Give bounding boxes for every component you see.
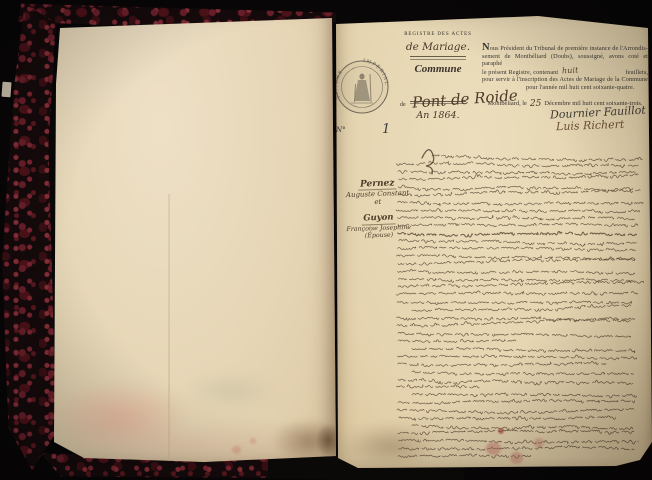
manuscript-line — [398, 257, 635, 265]
manuscript-line — [398, 378, 633, 385]
manuscript-line — [398, 339, 516, 342]
act-number-label: N° — [336, 126, 346, 134]
manuscript-line — [399, 239, 637, 246]
stain-pink-dot — [250, 438, 256, 444]
manuscript-line — [398, 361, 606, 366]
manuscript-line — [412, 305, 631, 312]
manuscript-line — [432, 155, 642, 162]
manuscript-line — [396, 385, 479, 388]
stain-grey-smudge — [182, 370, 278, 412]
manuscript-line — [398, 454, 531, 458]
feuillets-count-handwritten: huit — [562, 66, 579, 74]
printed-line-3-after: feuillets, — [626, 69, 648, 77]
header-right-column: Nous Président du Tribunal de première i… — [482, 44, 648, 108]
manuscript-line — [398, 231, 637, 237]
divider-rule — [410, 56, 466, 60]
spine-label-sticker — [1, 82, 11, 98]
manuscript-act-body — [394, 146, 646, 468]
manuscript-line — [398, 185, 632, 191]
right-page-act: REGISTRE DES ACTES de Mariage. Commune A… — [328, 14, 652, 472]
second-signature: Luis Richert — [556, 118, 625, 133]
year-handwritten: An 1864. — [390, 110, 486, 121]
manuscript-line — [399, 174, 638, 180]
manuscript-line — [397, 408, 634, 414]
manuscript-line — [412, 347, 635, 353]
printed-line-4: pour servir à l'inscription des Actes de… — [482, 76, 648, 84]
manuscript-line — [412, 371, 633, 376]
left-page-blank — [44, 14, 336, 464]
marbled-cover-left-edge — [2, 4, 56, 470]
manuscript-line — [397, 161, 639, 168]
manuscript-line — [398, 215, 635, 220]
register-scan: REGISTRE DES ACTES de Mariage. Commune A… — [0, 0, 652, 480]
timbre-imperial-stamp: TIMBRE IMPÉRIAL — [332, 56, 392, 118]
manuscript-line — [398, 269, 635, 275]
manuscript-line — [398, 201, 644, 206]
act-number: 1 — [382, 122, 390, 137]
manuscript-line — [399, 416, 616, 421]
manuscript-line — [399, 446, 635, 451]
manuscript-line — [422, 150, 434, 174]
commune-prefix: de — [400, 102, 406, 108]
manuscript-line — [398, 223, 638, 227]
manuscript-line — [398, 429, 634, 435]
manuscript-line — [412, 425, 633, 430]
date-day-handwritten: 25 — [530, 99, 541, 109]
manuscript-line — [398, 355, 637, 360]
manuscript-line — [399, 190, 640, 197]
manuscript-line — [398, 399, 635, 404]
printed-line-5: pour l'année mil huit cent soixante-quat… — [482, 84, 648, 92]
manuscript-line — [412, 393, 637, 398]
date-prefix: Montbéliard, le — [488, 100, 527, 107]
stain-pink-dot — [232, 446, 241, 454]
register-title: REGISTRE DES ACTES — [390, 32, 486, 37]
commune-label: Commune — [390, 63, 486, 75]
manuscript-line — [398, 246, 636, 251]
printed-line-3: le présent Registre, contenant huit feui… — [482, 68, 648, 77]
manuscript-line — [398, 281, 644, 288]
manuscript-line — [399, 439, 638, 444]
manuscript-line — [396, 291, 637, 295]
manuscript-line — [398, 332, 631, 338]
printed-line-1: Nous Président du Tribunal de première i… — [482, 44, 648, 53]
manuscript-line — [397, 301, 632, 305]
manuscript-line — [396, 208, 639, 213]
register-subtitle-handwritten: de Mariage. — [390, 41, 486, 53]
stain-brown-core — [316, 424, 340, 456]
page-crease — [168, 194, 170, 462]
printed-line-3-before: le présent Registre, contenant — [482, 69, 558, 77]
